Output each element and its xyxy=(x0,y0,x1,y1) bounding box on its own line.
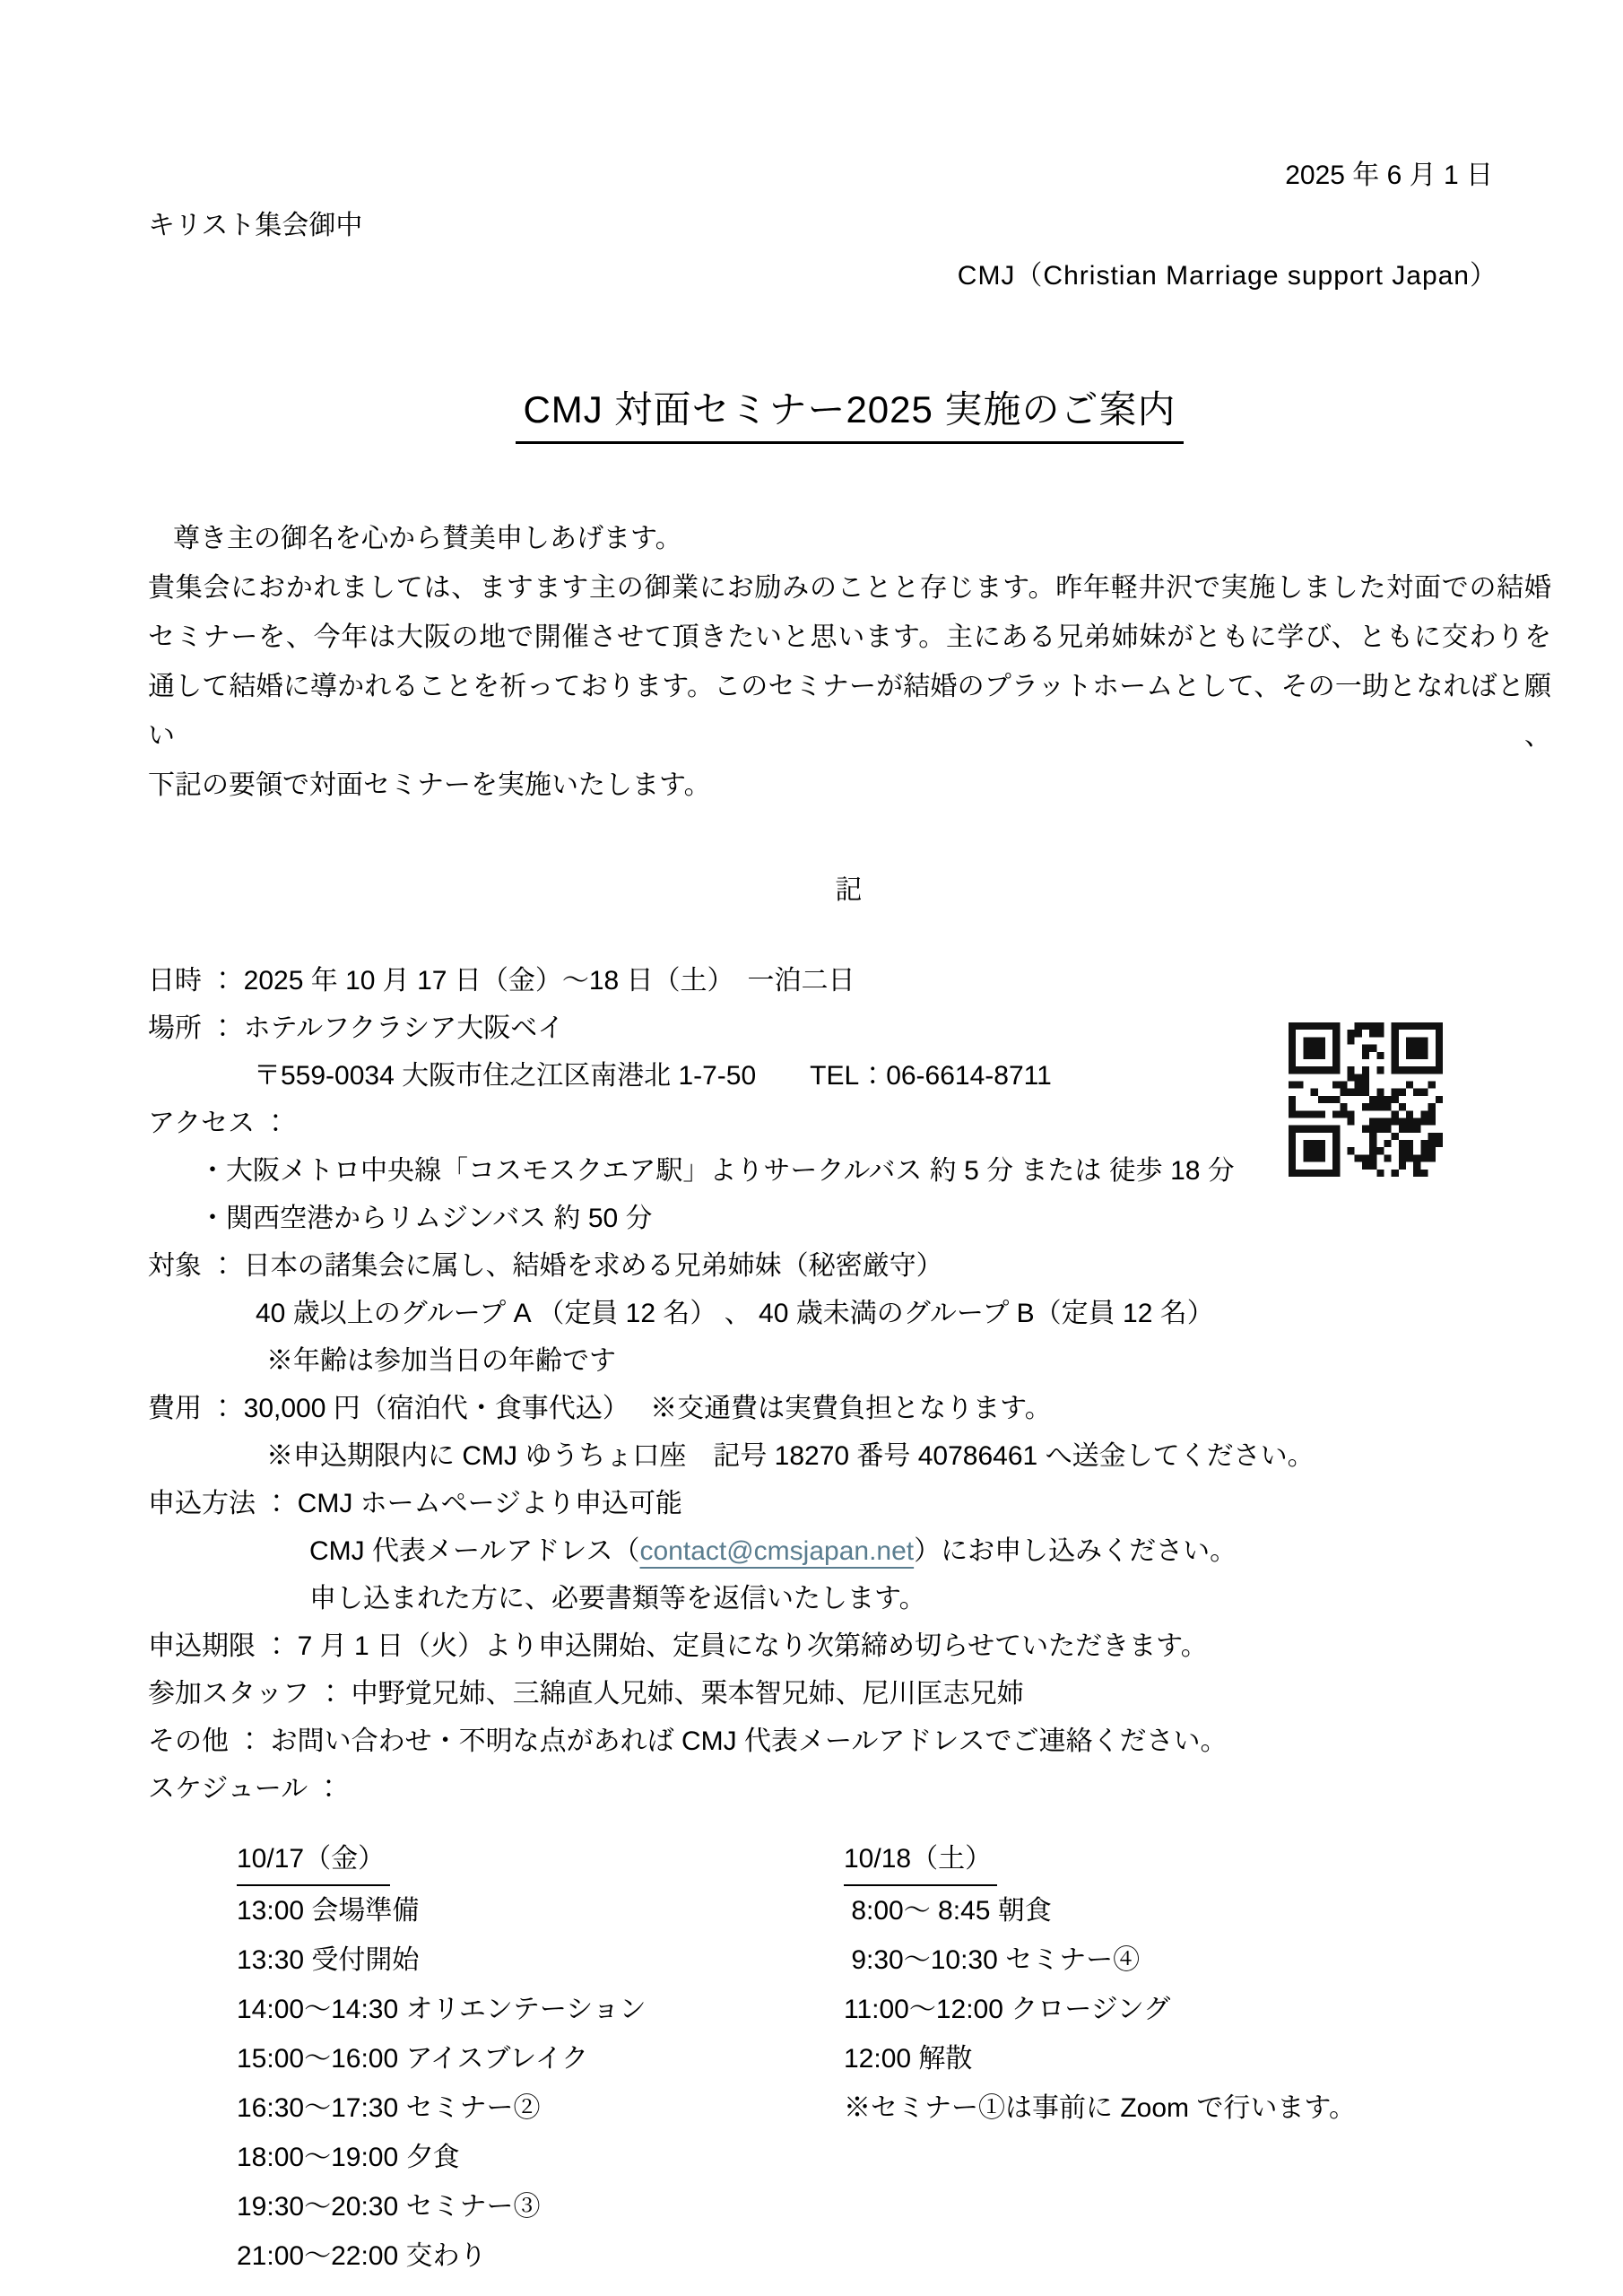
intro-line: 下記の要領で対面セミナーを実施いたします。 xyxy=(148,761,1551,810)
document-page: 2025 年 6 月 1 日 キリスト集会御中 CMJ（Christian Ma… xyxy=(0,0,1623,2296)
schedule-item: 9:30～10:30 セミナー④ xyxy=(844,1935,1356,1985)
title-row: CMJ 対面セミナー2025 実施のご案内 xyxy=(148,387,1551,444)
detail-schedule-label: スケジュール ： xyxy=(148,1765,1551,1813)
schedule-item: 18:00～19:00 夕食 xyxy=(237,2133,647,2182)
apply-email-post: ）にお申し込みください。 xyxy=(914,1536,1237,1566)
detail-fee: 費用 ： 30,000 円（宿泊代・食事代込） ※交通費は実費負担となります。 xyxy=(148,1385,1551,1432)
detail-target-groups: 40 歳以上のグループ A （定員 12 名） 、 40 歳未満のグループ B（… xyxy=(148,1290,1551,1337)
schedule-item: 11:00～12:00 クロージング xyxy=(844,1985,1356,2034)
schedule-day2-column: 10/18（土） 8:00～ 8:45 朝食 9:30～10:30 セミナー④ … xyxy=(844,1834,1356,2133)
schedule-section: 10/17（金） 13:00 会場準備 13:30 受付開始 14:00～14:… xyxy=(148,1834,1551,2278)
detail-apply-reply: 申し込まれた方に、必要書類等を返信いたします。 xyxy=(148,1575,1551,1622)
schedule-item: 14:00～14:30 オリエンテーション xyxy=(237,1985,647,2034)
detail-deadline: 申込期限 ： 7 月 1 日（火）より申込開始、定員になり次第締め切らせていただ… xyxy=(148,1622,1551,1670)
schedule-item: 12:00 解散 xyxy=(844,2034,1356,2083)
sender-organization: CMJ（Christian Marriage support Japan） xyxy=(148,258,1551,294)
record-mark: 記 xyxy=(148,865,1551,915)
detail-other: その他 ： お問い合わせ・不明な点があれば CMJ 代表メールアドレスでご連絡く… xyxy=(148,1718,1551,1765)
qr-code xyxy=(1289,1022,1443,1177)
issue-date: 2025 年 6 月 1 日 xyxy=(148,158,1551,194)
intro-paragraph: 尊き主の御名を心から賛美申しあげます。 貴集会におかれましては、ますます主の御業… xyxy=(148,514,1551,810)
detail-target-note: ※年齢は参加当日の年齢です xyxy=(148,1337,1551,1385)
schedule-day1-header-text: 10/17（金） xyxy=(237,1834,390,1886)
schedule-item: 15:00～16:00 アイスブレイク xyxy=(237,2034,647,2083)
intro-line: セミナーを、今年は大阪の地で開催させて頂きたいと思います。主にある兄弟姉妹がとも… xyxy=(148,613,1551,662)
intro-line: 貴集会におかれましては、ますます主の御業にお励みのことと存じます。昨年軽井沢で実… xyxy=(148,563,1551,613)
greeting-line: 尊き主の御名を心から賛美申しあげます。 xyxy=(148,514,1551,563)
apply-email-pre: CMJ 代表メールアドレス（ xyxy=(309,1536,640,1566)
schedule-item: 19:30～20:30 セミナー③ xyxy=(237,2182,647,2231)
schedule-item: 13:00 会場準備 xyxy=(237,1886,647,1935)
schedule-day1-header: 10/17（金） xyxy=(237,1834,647,1886)
schedule-day2-header-text: 10/18（土） xyxy=(844,1834,997,1886)
recipient: キリスト集会御中 xyxy=(148,208,1551,244)
schedule-day1-column: 10/17（金） 13:00 会場準備 13:30 受付開始 14:00～14:… xyxy=(237,1834,647,2281)
schedule-day2-header: 10/18（土） xyxy=(844,1834,1356,1886)
intro-line: 通して結婚に導かれることを祈っております。このセミナーが結婚のプラットホームとし… xyxy=(148,662,1551,761)
detail-staff: 参加スタッフ ： 中野覚兄姉、三綿直人兄姉、栗本智兄姉、尼川匡志兄姉 xyxy=(148,1670,1551,1718)
detail-datetime: 日時 ： 2025 年 10 月 17 日（金）～18 日（土） 一泊二日 xyxy=(148,957,1551,1004)
detail-apply-email-line: CMJ 代表メールアドレス（contact@cmsjapan.net）にお申し込… xyxy=(148,1527,1551,1575)
page-title: CMJ 対面セミナー2025 実施のご案内 xyxy=(516,387,1183,444)
schedule-zoom-note: ※セミナー①は事前に Zoom で行います。 xyxy=(844,2083,1356,2133)
contact-email-link[interactable]: contact@cmsjapan.net xyxy=(640,1536,915,1566)
detail-fee-note: ※申込期限内に CMJ ゆうちょ口座 記号 18270 番号 40786461 … xyxy=(148,1432,1551,1480)
detail-target: 対象 ： 日本の諸集会に属し、結婚を求める兄弟姉妹（秘密厳守） xyxy=(148,1242,1551,1290)
detail-apply-method: 申込方法 ： CMJ ホームページより申込可能 xyxy=(148,1480,1551,1527)
detail-access-item: ・関西空港からリムジンバス 約 50 分 xyxy=(148,1195,1551,1242)
schedule-item: 13:30 受付開始 xyxy=(237,1935,647,1985)
schedule-item: 16:30～17:30 セミナー② xyxy=(237,2083,647,2133)
schedule-item: 8:00～ 8:45 朝食 xyxy=(844,1886,1356,1935)
schedule-item: 21:00～22:00 交わり xyxy=(237,2231,647,2281)
